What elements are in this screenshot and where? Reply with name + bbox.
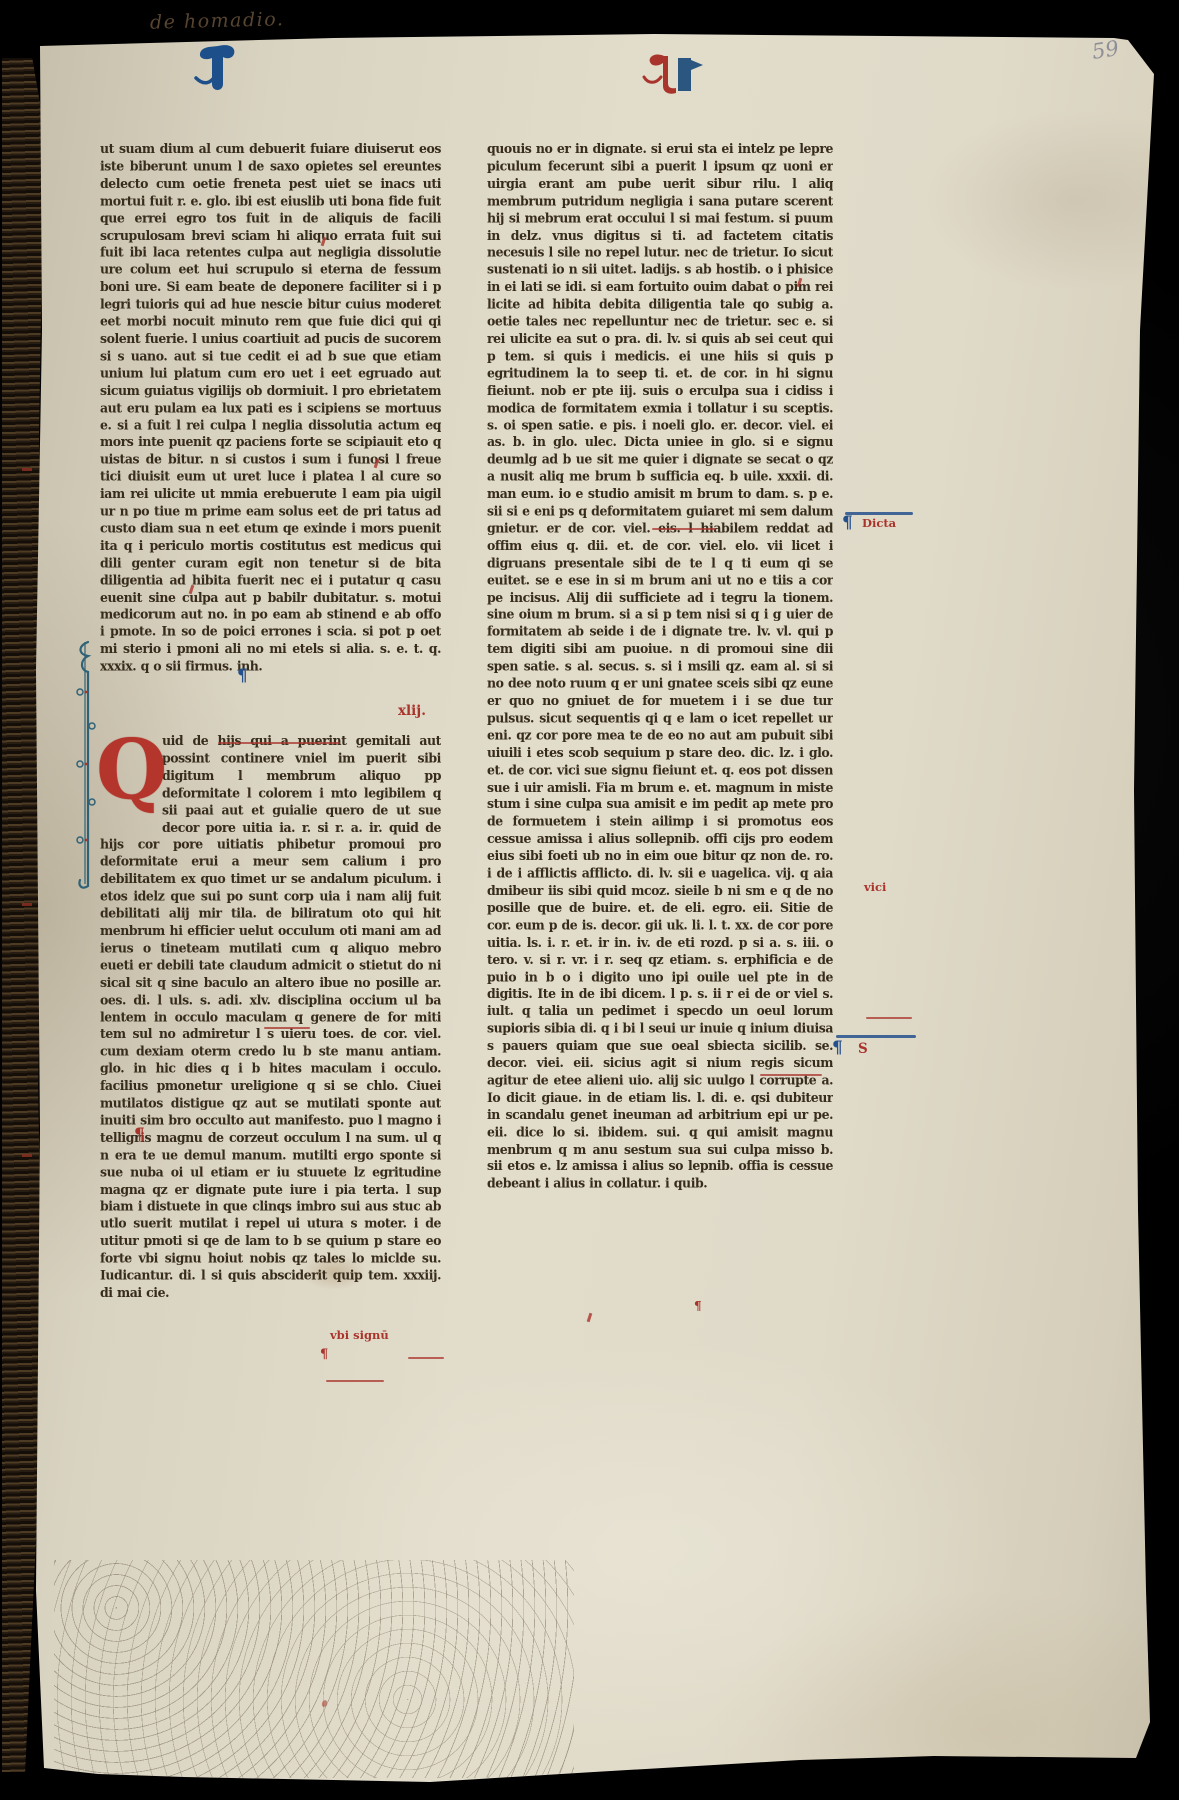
paraph-mark-blue: ¶ bbox=[842, 515, 853, 532]
chapter-number-xlij: xlij. bbox=[398, 703, 426, 719]
red-letter-s: S bbox=[858, 1041, 868, 1057]
blue-overline bbox=[845, 512, 913, 515]
blue-overline bbox=[836, 1035, 916, 1038]
red-underline bbox=[866, 1017, 912, 1019]
header-initial-blue-icon bbox=[194, 42, 246, 98]
red-underline bbox=[760, 1074, 822, 1076]
header-letter-red-blue-icon bbox=[642, 50, 706, 100]
paraph-mark-blue: ¶ bbox=[832, 1040, 843, 1057]
paraph-mark-blue: ¶ bbox=[237, 668, 248, 685]
red-phrase-vbi-signu: vbi signū bbox=[330, 1328, 389, 1342]
decorated-initial-q: Q bbox=[96, 729, 167, 811]
running-title: de homadio. bbox=[150, 8, 285, 34]
red-underline bbox=[326, 1380, 384, 1382]
facing-edge-red-mark bbox=[22, 468, 32, 471]
paraph-mark-red: ¶ bbox=[320, 1348, 328, 1361]
red-word-dicta: Dicta bbox=[862, 516, 896, 530]
initial-filigree-flourish-icon bbox=[74, 640, 100, 892]
facing-edge-red-mark bbox=[22, 1154, 32, 1157]
manuscript-photo: de homadio. 59 ut suam dium al cum debue… bbox=[0, 0, 1179, 1800]
red-underline bbox=[218, 742, 340, 744]
folio-number: 59 bbox=[1090, 36, 1120, 64]
red-word-vici: vici bbox=[864, 880, 886, 894]
text-column-left-upper: ut suam dium al cum debuerit fuiare diui… bbox=[100, 141, 441, 745]
paraph-mark-red: ¶ bbox=[694, 1300, 702, 1312]
facing-edge-red-mark bbox=[22, 903, 32, 906]
red-underline bbox=[652, 528, 716, 530]
parchment-speckles bbox=[54, 1560, 574, 1778]
red-underline bbox=[408, 1357, 444, 1359]
text-column-right: quouis no er in dignate. si erui sta ei … bbox=[487, 141, 833, 1418]
text-column-left-lower: uid de hijs qui a puerint gemitali aut p… bbox=[100, 733, 441, 1406]
red-underline bbox=[264, 1027, 310, 1029]
paraph-mark-red: ¶ bbox=[134, 1127, 145, 1144]
